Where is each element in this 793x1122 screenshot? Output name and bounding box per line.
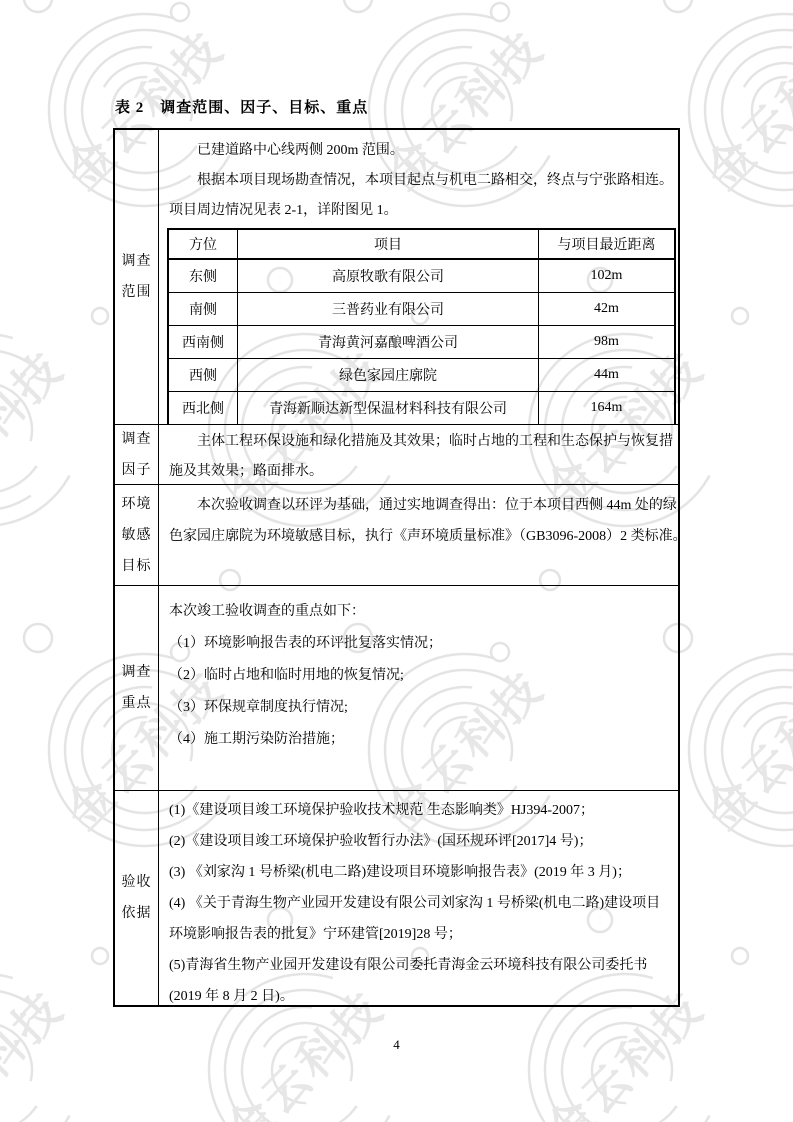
table-row: 南侧 三普药业有限公司 42m: [168, 293, 675, 326]
text-line: (3) 《刘家沟 1 号桥梁(机电二路)建设项目环境影响报告表》(2019 年 …: [159, 857, 678, 888]
surroundings-header-row: 方位 项目 与项目最近距离: [168, 229, 675, 259]
column-header-distance: 与项目最近距离: [539, 229, 676, 259]
cell-item: 三普药业有限公司: [238, 293, 539, 326]
table-row: 西侧 绿色家园庄廓院 44m: [168, 359, 675, 392]
cell-direction: 南侧: [168, 293, 238, 326]
row-sensitive-targets: 环境 敏感 目标 本次验收调查以环评为基础，通过实地调查得出：位于本项目西侧 4…: [115, 484, 678, 585]
column-header-direction: 方位: [168, 229, 238, 259]
cell-direction: 西南侧: [168, 326, 238, 359]
row-label-line: 环境: [122, 489, 152, 520]
text-line: (2019 年 8 月 2 日)。: [159, 981, 678, 1005]
cell-distance: 164m: [539, 392, 676, 425]
text-line: （3）环保规章制度执行情况;: [159, 692, 678, 724]
row-label-sensitive-targets: 环境 敏感 目标: [115, 485, 159, 585]
row-label-line: 因子: [122, 455, 152, 486]
cell-direction: 西侧: [168, 359, 238, 392]
cell-item: 青海黄河嘉酿啤酒公司: [238, 326, 539, 359]
row-label-survey-focus: 调查 重点: [115, 586, 159, 790]
column-header-item: 项目: [238, 229, 539, 259]
text-line: (1)《建设项目竣工环境保护验收技术规范 生态影响类》HJ394-2007；: [159, 791, 678, 826]
row-label-line: 重点: [122, 688, 152, 719]
row-survey-focus: 调查 重点 本次竣工验收调查的重点如下： （1）环境影响报告表的环评批复落实情况…: [115, 585, 678, 790]
cell-direction: 西北侧: [168, 392, 238, 425]
cell-direction: 东侧: [168, 259, 238, 293]
row-label-line: 验收: [122, 867, 152, 898]
row-label-line: 调查: [122, 424, 152, 455]
surroundings-table: 方位 项目 与项目最近距离 东侧 高原牧歌有限公司 102m 南侧 三普药业有限…: [167, 228, 676, 424]
page-number: 4: [0, 1037, 793, 1053]
text-line: (2)《建设项目竣工环境保护验收暂行办法》(国环规环评[2017]4 号)；: [159, 826, 678, 857]
text-line: 主体工程环保设施和绿化措施及其效果；临时占地的工程和生态保护与恢复措: [159, 425, 678, 457]
text-line: (5)青海省生物产业园开发建设有限公司委托青海金云环境科技有限公司委托书: [159, 950, 678, 981]
row-content-sensitive-targets: 本次验收调查以环评为基础，通过实地调查得出：位于本项目西侧 44m 处的绿 色家…: [159, 485, 678, 585]
table-row: 西南侧 青海黄河嘉酿啤酒公司 98m: [168, 326, 675, 359]
row-label-survey-scope: 调查 范围: [115, 130, 159, 424]
row-survey-factors: 调查 因子 主体工程环保设施和绿化措施及其效果；临时占地的工程和生态保护与恢复措…: [115, 424, 678, 484]
row-survey-scope: 调查 范围 已建道路中心线两侧 200m 范围。 根据本项目现场勘查情况，本项目…: [115, 130, 678, 424]
text-line: (4) 《关于青海生物产业园开发建设有限公司刘家沟 1 号桥梁(机电二路)建设项…: [159, 888, 678, 919]
row-content-survey-factors: 主体工程环保设施和绿化措施及其效果；临时占地的工程和生态保护与恢复措 施及其效果…: [159, 425, 678, 484]
cell-item: 绿色家园庄廓院: [238, 359, 539, 392]
cell-item: 青海新顺达新型保温材料科技有限公司: [238, 392, 539, 425]
text-line: （2）临时占地和临时用地的恢复情况;: [159, 660, 678, 692]
row-label-line: 调查: [122, 657, 152, 688]
text-line: 色家园庄廓院为环境敏感目标，执行《声环境质量标准》（GB3096-2008）2 …: [159, 521, 678, 552]
cell-distance: 102m: [539, 259, 676, 293]
table-row: 西北侧 青海新顺达新型保温材料科技有限公司 164m: [168, 392, 675, 425]
table-row: 东侧 高原牧歌有限公司 102m: [168, 259, 675, 293]
cell-item: 高原牧歌有限公司: [238, 259, 539, 293]
row-label-survey-factors: 调查 因子: [115, 425, 159, 484]
text-line: 本次竣工验收调查的重点如下：: [159, 586, 678, 628]
row-label-line: 敏感: [122, 520, 152, 551]
text-line: （1）环境影响报告表的环评批复落实情况；: [159, 628, 678, 660]
document-page: 表 2 调查范围、因子、目标、重点 调查 范围 已建道路中心线两侧 200m 范…: [0, 0, 793, 1122]
cell-distance: 44m: [539, 359, 676, 392]
row-label-line: 目标: [122, 551, 152, 582]
row-content-survey-scope: 已建道路中心线两侧 200m 范围。 根据本项目现场勘查情况，本项目起点与机电二…: [159, 130, 678, 424]
text-line: 项目周边情况见表 2-1，详附图见 1。: [159, 196, 678, 226]
row-content-acceptance-basis: (1)《建设项目竣工环境保护验收技术规范 生态影响类》HJ394-2007； (…: [159, 791, 678, 1005]
text-line: 本次验收调查以环评为基础，通过实地调查得出：位于本项目西侧 44m 处的绿: [159, 485, 678, 521]
row-label-line: 调查: [122, 246, 152, 277]
cell-distance: 98m: [539, 326, 676, 359]
text-line: 环境影响报告表的批复》宁环建管[2019]28 号；: [159, 919, 678, 950]
main-table: 调查 范围 已建道路中心线两侧 200m 范围。 根据本项目现场勘查情况，本项目…: [113, 128, 680, 1007]
cell-distance: 42m: [539, 293, 676, 326]
text-line: 已建道路中心线两侧 200m 范围。: [159, 130, 678, 166]
text-line: （4）施工期污染防治措施；: [159, 724, 678, 756]
row-label-line: 依据: [122, 898, 152, 929]
text-line: 施及其效果；路面排水。: [159, 457, 678, 484]
row-label-acceptance-basis: 验收 依据: [115, 791, 159, 1005]
table-caption: 表 2 调查范围、因子、目标、重点: [115, 96, 675, 117]
row-content-survey-focus: 本次竣工验收调查的重点如下： （1）环境影响报告表的环评批复落实情况； （2）临…: [159, 586, 678, 790]
text-line: 根据本项目现场勘查情况，本项目起点与机电二路相交，终点与宁张路相连。: [159, 166, 678, 196]
row-acceptance-basis: 验收 依据 (1)《建设项目竣工环境保护验收技术规范 生态影响类》HJ394-2…: [115, 790, 678, 1005]
row-label-line: 范围: [122, 277, 152, 308]
